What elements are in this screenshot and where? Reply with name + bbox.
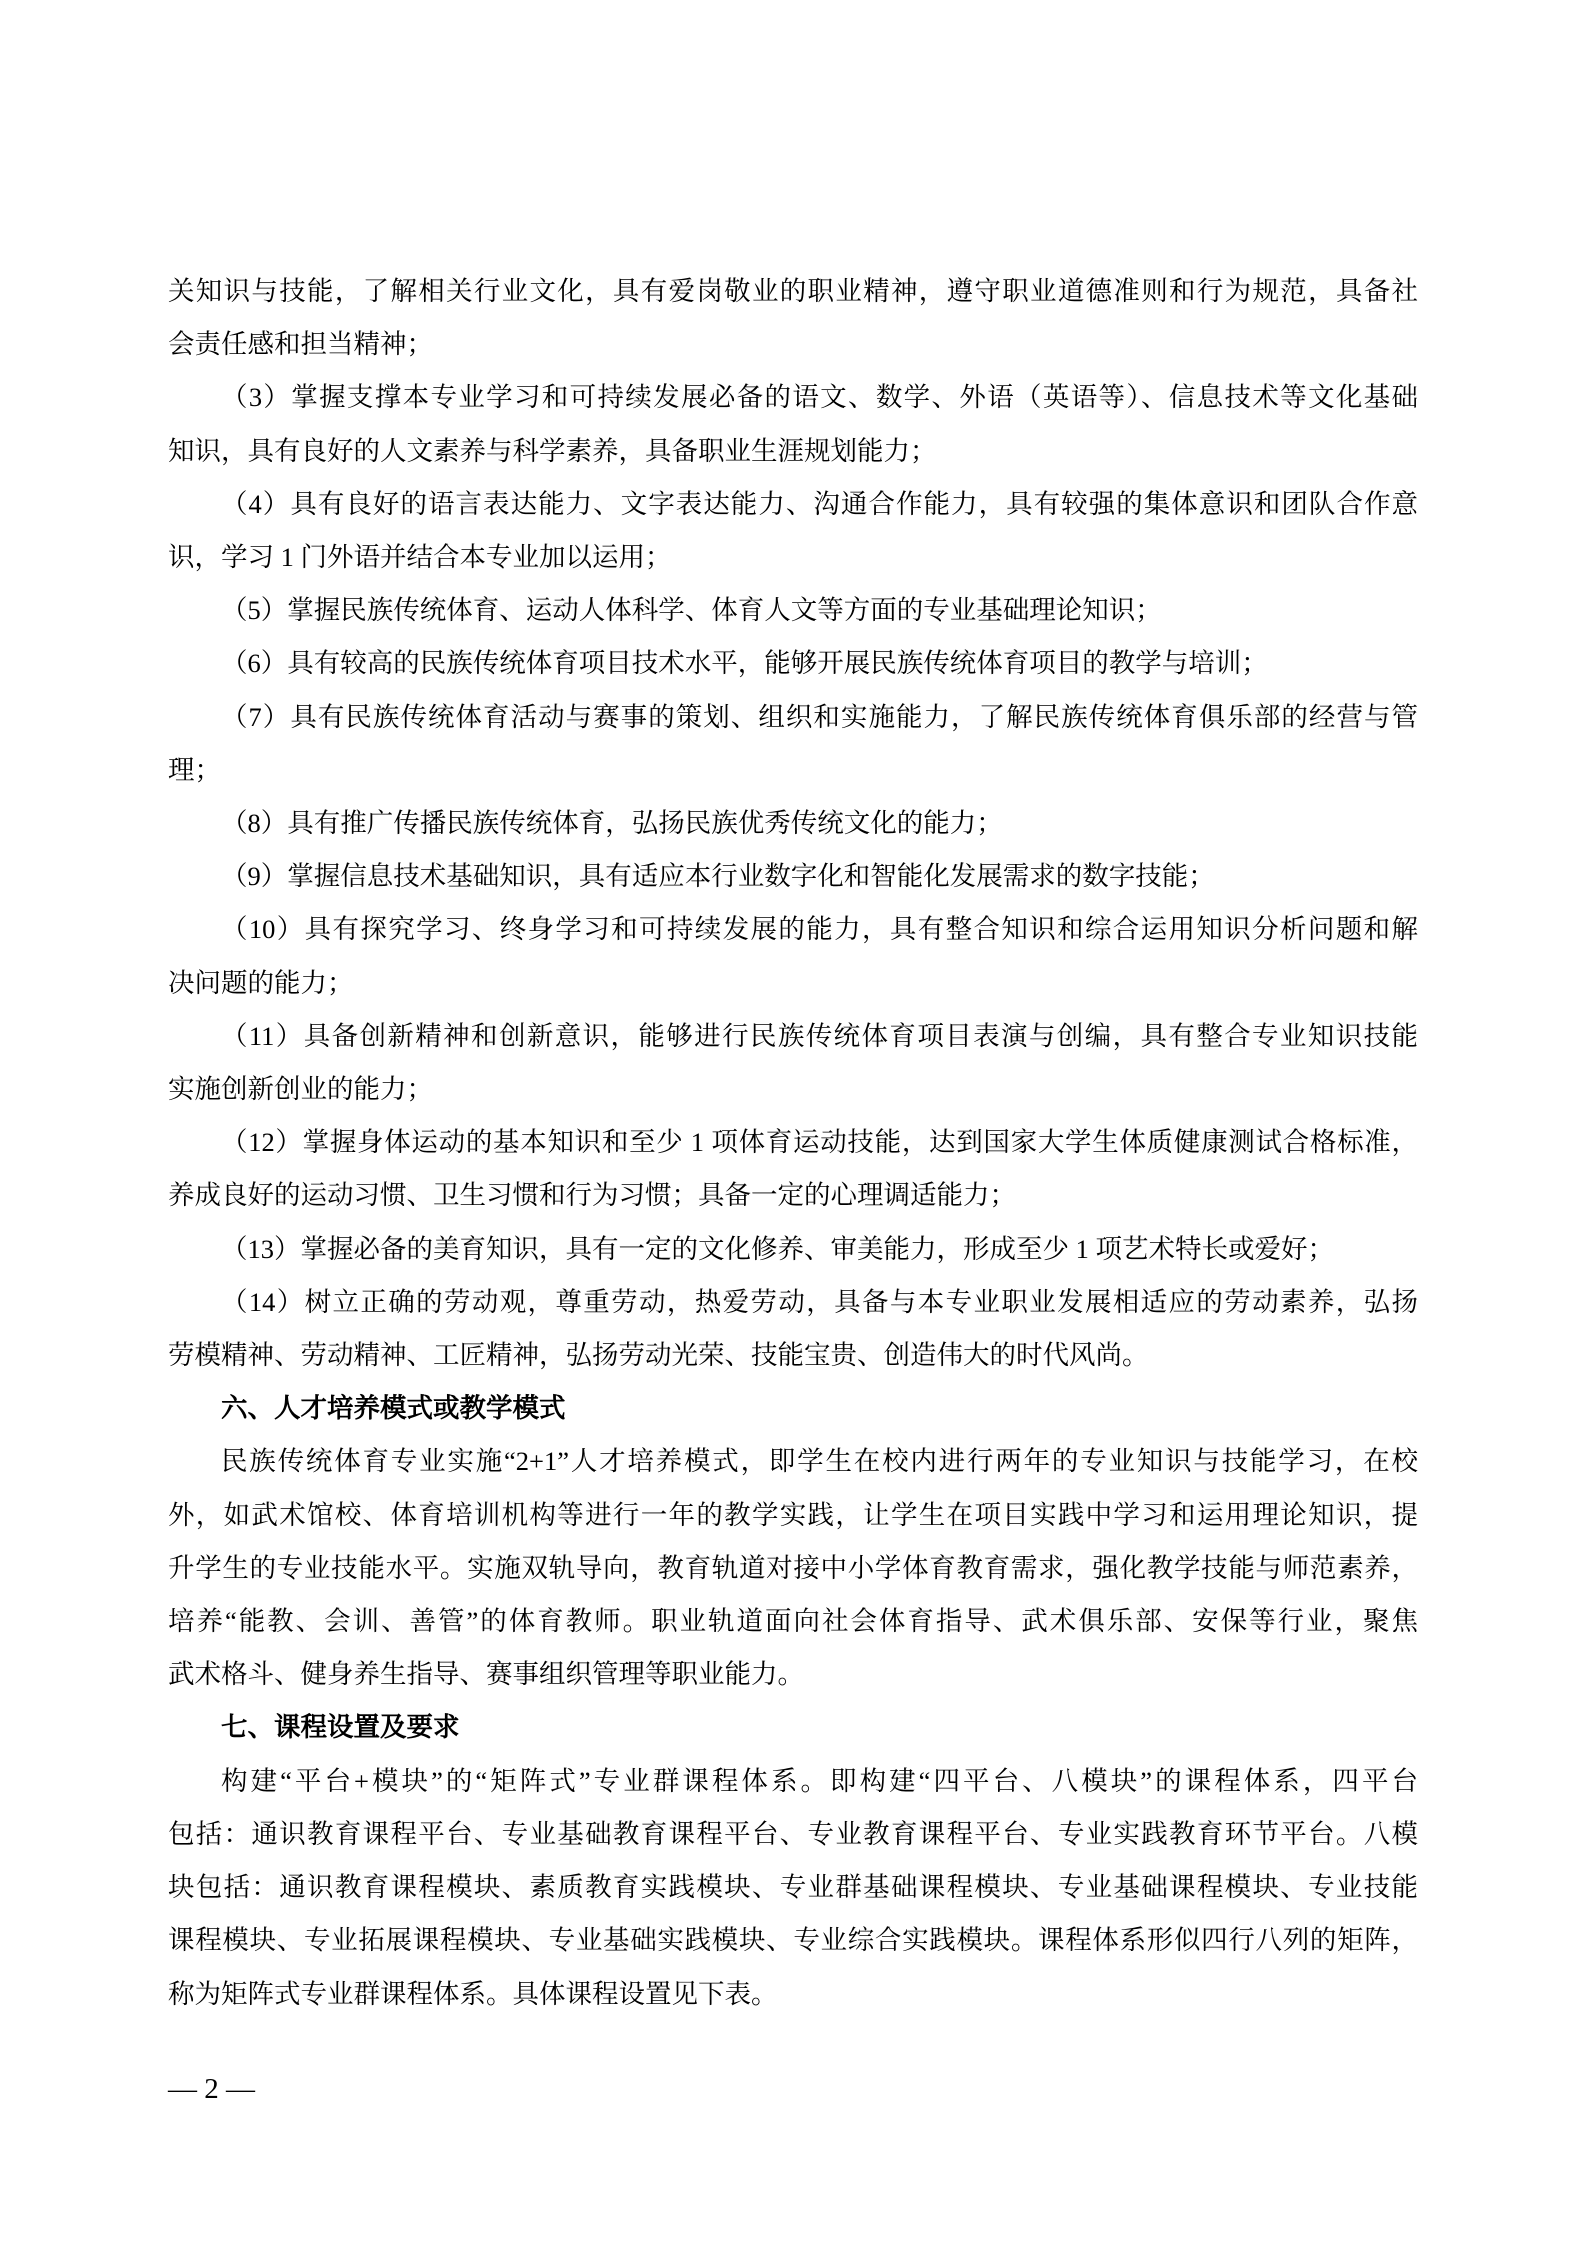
text-line: （3）掌握支撑本专业学习和可持续发展必备的语文、数学、外语（英语等）、信息技术等…: [168, 371, 1418, 424]
text-line: 包括：通识教育课程平台、专业基础教育课程平台、专业教育课程平台、专业实践教育环节…: [168, 1808, 1418, 1861]
section-heading: 六、人才培养模式或教学模式: [168, 1382, 1418, 1435]
text-line: 理；: [168, 744, 1418, 797]
text-line: （4）具有良好的语言表达能力、文字表达能力、沟通合作能力，具有较强的集体意识和团…: [168, 478, 1418, 531]
text-line: 关知识与技能，了解相关行业文化，具有爱岗敬业的职业精神，遵守职业道德准则和行为规…: [168, 265, 1418, 318]
text-line: （8）具有推广传播民族传统体育，弘扬民族优秀传统文化的能力；: [168, 797, 1418, 850]
text-line: （7）具有民族传统体育活动与赛事的策划、组织和实施能力，了解民族传统体育俱乐部的…: [168, 691, 1418, 744]
text-line: 块包括：通识教育课程模块、素质教育实践模块、专业群基础课程模块、专业基础课程模块…: [168, 1861, 1418, 1914]
text-line: （13）掌握必备的美育知识，具有一定的文化修养、审美能力，形成至少 1 项艺术特…: [168, 1223, 1418, 1276]
text-line: 决问题的能力；: [168, 957, 1418, 1010]
text-line: （11）具备创新精神和创新意识，能够进行民族传统体育项目表演与创编，具有整合专业…: [168, 1010, 1418, 1063]
document-body: 关知识与技能，了解相关行业文化，具有爱岗敬业的职业精神，遵守职业道德准则和行为规…: [168, 265, 1418, 2021]
document-page: 关知识与技能，了解相关行业文化，具有爱岗敬业的职业精神，遵守职业道德准则和行为规…: [0, 0, 1587, 2245]
text-line: （10）具有探究学习、终身学习和可持续发展的能力，具有整合知识和综合运用知识分析…: [168, 903, 1418, 956]
text-line: 劳模精神、劳动精神、工匠精神，弘扬劳动光荣、技能宝贵、创造伟大的时代风尚。: [168, 1329, 1418, 1382]
text-line: 培养“能教、会训、善管”的体育教师。职业轨道面向社会体育指导、武术俱乐部、安保等…: [168, 1595, 1418, 1648]
text-line: 养成良好的运动习惯、卫生习惯和行为习惯；具备一定的心理调适能力；: [168, 1169, 1418, 1222]
text-line: （6）具有较高的民族传统体育项目技术水平，能够开展民族传统体育项目的教学与培训；: [168, 637, 1418, 690]
text-line: 武术格斗、健身养生指导、赛事组织管理等职业能力。: [168, 1648, 1418, 1701]
text-line: 知识，具有良好的人文素养与科学素养，具备职业生涯规划能力；: [168, 425, 1418, 478]
text-line: （14）树立正确的劳动观，尊重劳动，热爱劳动，具备与本专业职业发展相适应的劳动素…: [168, 1276, 1418, 1329]
text-line: （5）掌握民族传统体育、运动人体科学、体育人文等方面的专业基础理论知识；: [168, 584, 1418, 637]
text-line: 民族传统体育专业实施“2+1”人才培养模式，即学生在校内进行两年的专业知识与技能…: [168, 1435, 1418, 1488]
text-line: 升学生的专业技能水平。实施双轨导向，教育轨道对接中小学体育教育需求，强化教学技能…: [168, 1542, 1418, 1595]
section-heading: 七、课程设置及要求: [168, 1701, 1418, 1754]
text-line: 识，学习 1 门外语并结合本专业加以运用；: [168, 531, 1418, 584]
text-line: （12）掌握身体运动的基本知识和至少 1 项体育运动技能，达到国家大学生体质健康…: [168, 1116, 1418, 1169]
text-line: （9）掌握信息技术基础知识，具有适应本行业数字化和智能化发展需求的数字技能；: [168, 850, 1418, 903]
text-line: 会责任感和担当精神；: [168, 318, 1418, 371]
text-line: 课程模块、专业拓展课程模块、专业基础实践模块、专业综合实践模块。课程体系形似四行…: [168, 1914, 1418, 1967]
text-line: 称为矩阵式专业群课程体系。具体课程设置见下表。: [168, 1968, 1418, 2021]
text-line: 构建“平台+模块”的“矩阵式”专业群课程体系。即构建“四平台、八模块”的课程体系…: [168, 1755, 1418, 1808]
page-number: — 2 —: [168, 2068, 255, 2110]
text-line: 外，如武术馆校、体育培训机构等进行一年的教学实践，让学生在项目实践中学习和运用理…: [168, 1489, 1418, 1542]
text-line: 实施创新创业的能力；: [168, 1063, 1418, 1116]
